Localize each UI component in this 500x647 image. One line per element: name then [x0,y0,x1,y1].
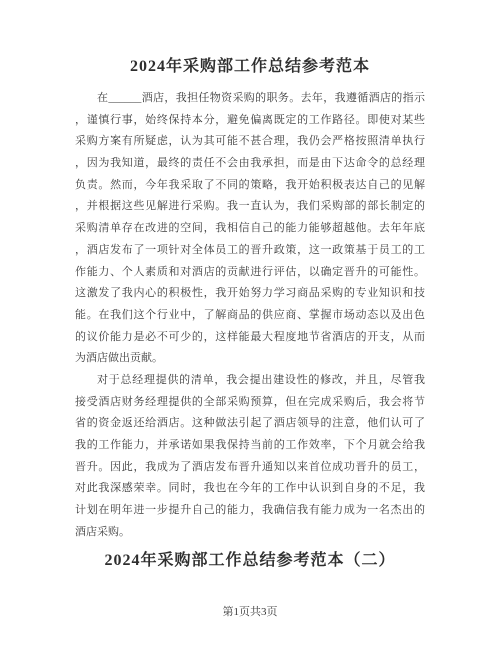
text-line: 作能力、个人素质和对酒店的贡献进行评估，以确定晋升的可能性。 [75,262,425,284]
text-line: 采购清单存在改进的空间，我相信自己的能力能够超越他。去年年底 [75,218,425,240]
text-line: 我的工作能力，并承诺如果我保持当前的工作效率，下个月就会给我 [75,435,425,457]
text-line: 计划在明年进一步提升自己的能力，我确信我有能力成为一名杰出的 [75,500,425,522]
paragraph: 对于总经理提供的清单，我会提出建设性的修改，并且，尽管我接受酒店财务经理提供的全… [75,370,425,544]
text-line: 能。在我们这个行业中，了解商品的供应商、掌握市场动态以及出色 [75,305,425,327]
text-line: 负责。然而，今年我采取了不同的策略，我开始积极表达自己的见解 [75,175,425,197]
text-line: 对此我深感荣幸。同时，我也在今年的工作中认识到自身的不足，我 [75,478,425,500]
document-page: 2024年采购部工作总结参考范本 在______酒店，我担任物资采购的职务。去年… [0,0,500,647]
text-line: 对于总经理提供的清单，我会提出建设性的修改，并且，尽管我 [75,370,425,392]
text-line: 为酒店做出贡献。 [75,348,425,370]
text-line: 这激发了我内心的积极性，我开始努力学习商品采购的专业知识和技 [75,283,425,305]
page-number-footer: 第1页共3页 [0,604,500,620]
text-line: 晋升。因此，我成为了酒店发布晋升通知以来首位成功晋升的员工， [75,457,425,479]
text-line: ，酒店发布了一项针对全体员工的晋升政策，这一政策基于员工的工 [75,240,425,262]
text-line: 接受酒店财务经理提供的全部采购预算，但在完成采购后，我会将节 [75,392,425,414]
text-line: 省的资金返还给酒店。这种做法引起了酒店领导的注意，他们认可了 [75,413,425,435]
document-body: 在______酒店，我担任物资采购的职务。去年，我遵循酒店的指示，谨慎行事，始终… [75,88,425,543]
document-section2-title: 2024年采购部工作总结参考范本（二） [0,549,500,573]
text-line: 的议价能力是必不可少的，这样能最大程度地节省酒店的开支，从而 [75,327,425,349]
paragraph: 在______酒店，我担任物资采购的职务。去年，我遵循酒店的指示，谨慎行事，始终… [75,88,425,370]
document-title: 2024年采购部工作总结参考范本 [0,56,500,78]
text-line: ，谨慎行事，始终保持本分，避免偏离既定的工作路径。即使对某些 [75,110,425,132]
text-line: ，并根据这些见解进行采购。我一直认为，我们采购部的部长制定的 [75,196,425,218]
text-line: 采购方案有所疑虑，认为其可能不甚合理，我仍会严格按照清单执行 [75,131,425,153]
text-line: 在______酒店，我担任物资采购的职务。去年，我遵循酒店的指示 [75,88,425,110]
text-line: 酒店采购。 [75,522,425,544]
text-line: ，因为我知道，最终的责任不会由我承担，而是由下达命令的总经理 [75,153,425,175]
